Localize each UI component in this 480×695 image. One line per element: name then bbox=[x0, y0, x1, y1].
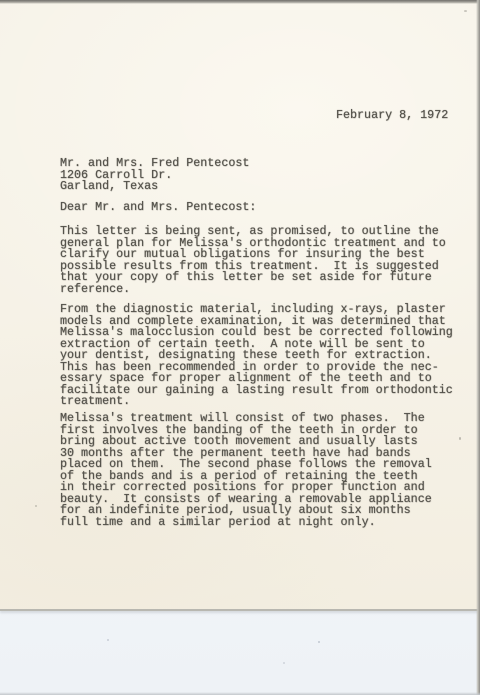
scan-speck bbox=[459, 437, 461, 440]
recipient-address: Mr. and Mrs. Fred Pentecost 1206 Carroll… bbox=[60, 158, 249, 193]
paragraph-diagnosis-extraction: From the diagnostic material, including … bbox=[60, 304, 453, 408]
scan-speck bbox=[318, 641, 320, 643]
paragraph-two-phases: Melissa's treatment will consist of two … bbox=[60, 413, 432, 528]
scan-edge-top bbox=[0, 0, 480, 4]
letter-date: February 8, 1972 bbox=[336, 110, 448, 122]
salutation: Dear Mr. and Mrs. Pentecost: bbox=[60, 202, 256, 214]
paragraph-treatment-plan-intro: This letter is being sent, as promised, … bbox=[60, 226, 446, 295]
letter-paper: February 8, 1972 Mr. and Mrs. Fred Pente… bbox=[0, 0, 480, 611]
scan-speck bbox=[464, 10, 467, 12]
scanned-letter-page: February 8, 1972 Mr. and Mrs. Fred Pente… bbox=[0, 0, 480, 695]
scan-edge-right bbox=[476, 0, 480, 695]
scan-speck bbox=[283, 662, 285, 664]
scan-speck bbox=[35, 505, 37, 507]
scan-speck bbox=[107, 639, 109, 641]
